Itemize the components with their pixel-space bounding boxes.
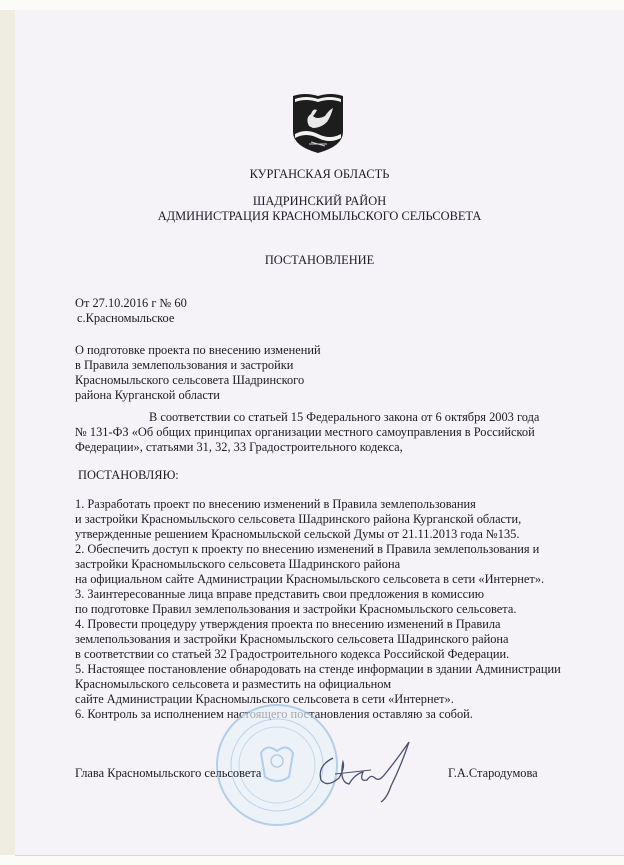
item-line: на официальном сайте Администрации Красн… <box>75 572 544 587</box>
item-line: 1. Разработать проект по внесению измене… <box>75 497 476 512</box>
preamble-line: Федерации», статьями 31, 32, 33 Градостр… <box>75 440 403 455</box>
district-title: ШАДРИНСКИЙ РАЙОН <box>15 194 624 209</box>
signatory-name: Г.А.Стародумова <box>448 766 538 781</box>
region-title: КУРГАНСКАЯ ОБЛАСТЬ <box>15 167 624 182</box>
item-line: землепользования и застройки Красномыльс… <box>75 632 509 647</box>
item-line: 4. Провести процедуру утверждения проект… <box>75 617 501 632</box>
coat-of-arms-icon <box>291 92 345 154</box>
administration-title: АДМИНИСТРАЦИЯ КРАСНОМЫЛЬСКОГО СЕЛЬСОВЕТА <box>15 209 624 224</box>
preamble-line: В соответствии со статьей 15 Федеральног… <box>149 410 539 425</box>
item-line: утвержденные решением Красномыльской сел… <box>75 527 519 542</box>
signatory-position: Глава Красномыльского сельсовета <box>75 766 261 781</box>
place: с.Красномыльское <box>77 311 174 326</box>
item-line: 2. Обеспечить доступ к проекту по внесен… <box>75 542 539 557</box>
subject-line: Красномыльского сельсовета Шадринского <box>75 373 304 388</box>
item-line: Красномыльского сельсовета и разместить … <box>75 677 391 692</box>
item-line: по подготовке Правил землепользования и … <box>75 602 516 617</box>
item-line: 5. Настоящее постановление обнародовать … <box>75 662 561 677</box>
item-line: застройки Красномыльского сельсовета Шад… <box>75 557 400 572</box>
item-line: в соответствии со статьей 32 Градостроит… <box>75 647 509 662</box>
resolve-heading: ПОСТАНОВЛЯЮ: <box>78 468 179 483</box>
handwritten-signature-icon <box>305 738 425 803</box>
document-type-title: ПОСТАНОВЛЕНИЕ <box>15 253 624 268</box>
document-page: КУРГАНСКАЯ ОБЛАСТЬ ШАДРИНСКИЙ РАЙОН АДМИ… <box>15 10 624 856</box>
subject-line: в Правила землепользования и застройки <box>75 358 293 373</box>
preamble-line: № 131-ФЗ «Об общих принципах организации… <box>75 425 535 440</box>
date-number: От 27.10.2016 г № 60 <box>75 296 187 311</box>
subject-line: района Курганской области <box>75 388 220 403</box>
item-line: и застройки Красномыльского сельсовета Ш… <box>75 512 521 527</box>
item-line: 3. Заинтересованные лица вправе представ… <box>75 587 484 602</box>
scan-edge <box>0 10 15 855</box>
subject-line: О подготовке проекта по внесению изменен… <box>75 343 321 358</box>
